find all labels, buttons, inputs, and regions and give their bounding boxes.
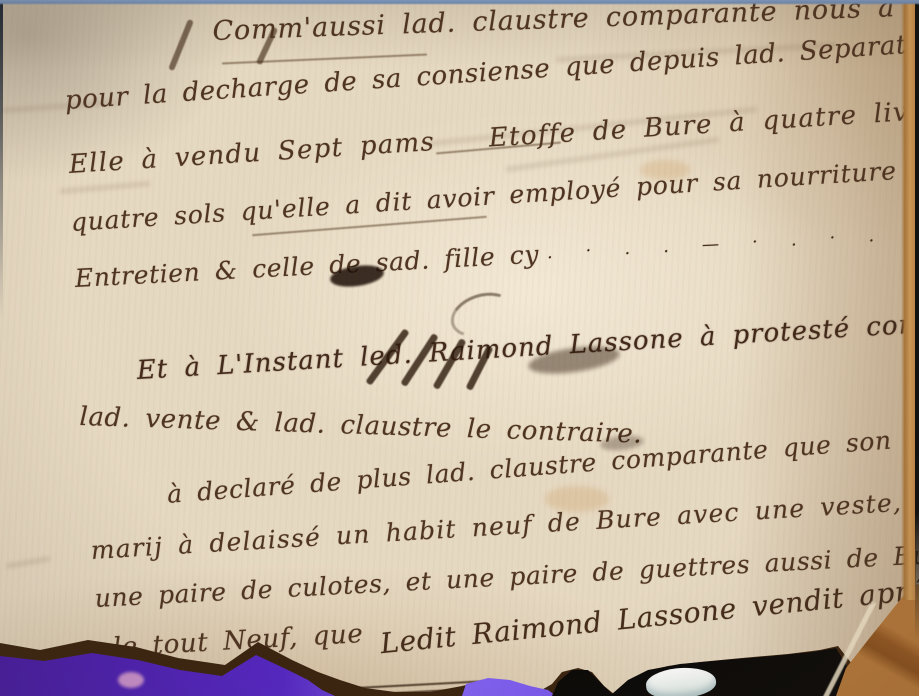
fabric-highlight — [118, 672, 144, 688]
left-dark-border — [0, 0, 3, 320]
book-edge-strip — [901, 0, 916, 600]
manuscript-photo: Comm'aussi lad. claustre comparante nous… — [0, 0, 919, 696]
top-blue-border — [0, 0, 919, 5]
line-gap — [436, 147, 490, 150]
right-black-border — [915, 0, 919, 640]
